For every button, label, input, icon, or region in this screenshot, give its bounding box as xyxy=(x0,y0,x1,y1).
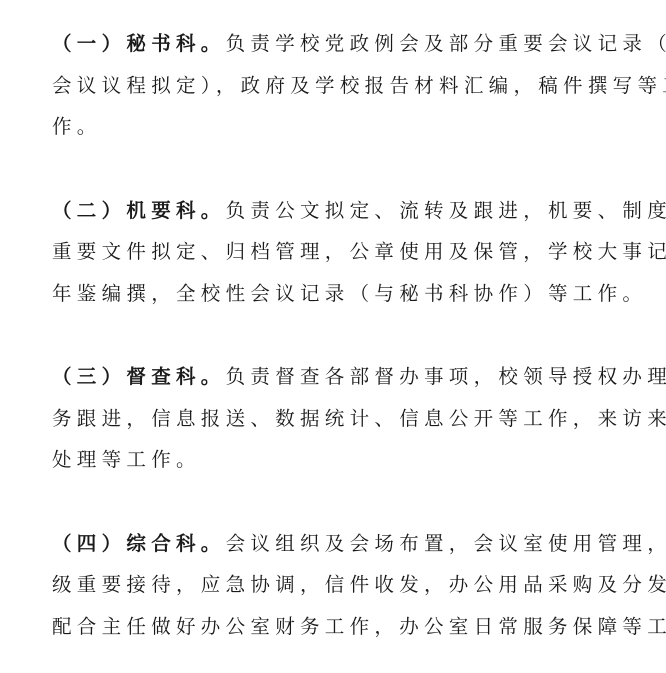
section-line: 处理等工作。 xyxy=(52,444,652,486)
section-line: 配合主任做好办公室财务工作，办公室日常服务保障等工作。 xyxy=(52,611,652,653)
section-secretariat: （一）秘书科。负责学校党政例会及部分重要会议记录（含 会议议程拟定），政府及学校… xyxy=(52,28,652,153)
section-line: 作。 xyxy=(52,111,652,153)
section-heading: （二）机要科。 xyxy=(52,199,226,222)
section-line: 会议议程拟定），政府及学校报告材料汇编，稿件撰写等工 xyxy=(52,70,652,112)
section-text: 负责公文拟定、流转及跟进，机要、制度等 xyxy=(226,199,666,222)
section-line: 级重要接待，应急协调，信件收发，办公用品采购及分发， xyxy=(52,569,652,611)
section-line: （四）综合科。会议组织及会场布置，会议室使用管理，校 xyxy=(52,528,652,570)
section-line: 重要文件拟定、归档管理，公章使用及保管，学校大事记及 xyxy=(52,236,652,278)
section-heading: （一）秘书科。 xyxy=(52,32,226,55)
section-heading: （四）综合科。 xyxy=(52,532,226,555)
section-supervision: （三）督查科。负责督查各部督办事项，校领导授权办理事 务跟进，信息报送、数据统计… xyxy=(52,361,652,486)
section-line: （二）机要科。负责公文拟定、流转及跟进，机要、制度等 xyxy=(52,195,652,237)
section-line: 年鉴编撰，全校性会议记录（与秘书科协作）等工作。 xyxy=(52,278,652,320)
section-line: （三）督查科。负责督查各部督办事项，校领导授权办理事 xyxy=(52,361,652,403)
paragraph-gap xyxy=(52,153,652,195)
document-body: （一）秘书科。负责学校党政例会及部分重要会议记录（含 会议议程拟定），政府及学校… xyxy=(52,28,652,652)
paragraph-gap xyxy=(52,319,652,361)
section-heading: （三）督查科。 xyxy=(52,365,226,388)
section-line: （一）秘书科。负责学校党政例会及部分重要会议记录（含 xyxy=(52,28,652,70)
section-confidential: （二）机要科。负责公文拟定、流转及跟进，机要、制度等 重要文件拟定、归档管理，公… xyxy=(52,195,652,320)
paragraph-gap xyxy=(52,486,652,528)
section-text: 会议组织及会场布置，会议室使用管理，校 xyxy=(226,532,666,555)
section-line: 务跟进，信息报送、数据统计、信息公开等工作，来访来信 xyxy=(52,403,652,445)
section-text: 负责督查各部督办事项，校领导授权办理事 xyxy=(226,365,666,388)
section-general: （四）综合科。会议组织及会场布置，会议室使用管理，校 级重要接待，应急协调，信件… xyxy=(52,528,652,653)
section-text: 负责学校党政例会及部分重要会议记录（含 xyxy=(226,32,666,55)
